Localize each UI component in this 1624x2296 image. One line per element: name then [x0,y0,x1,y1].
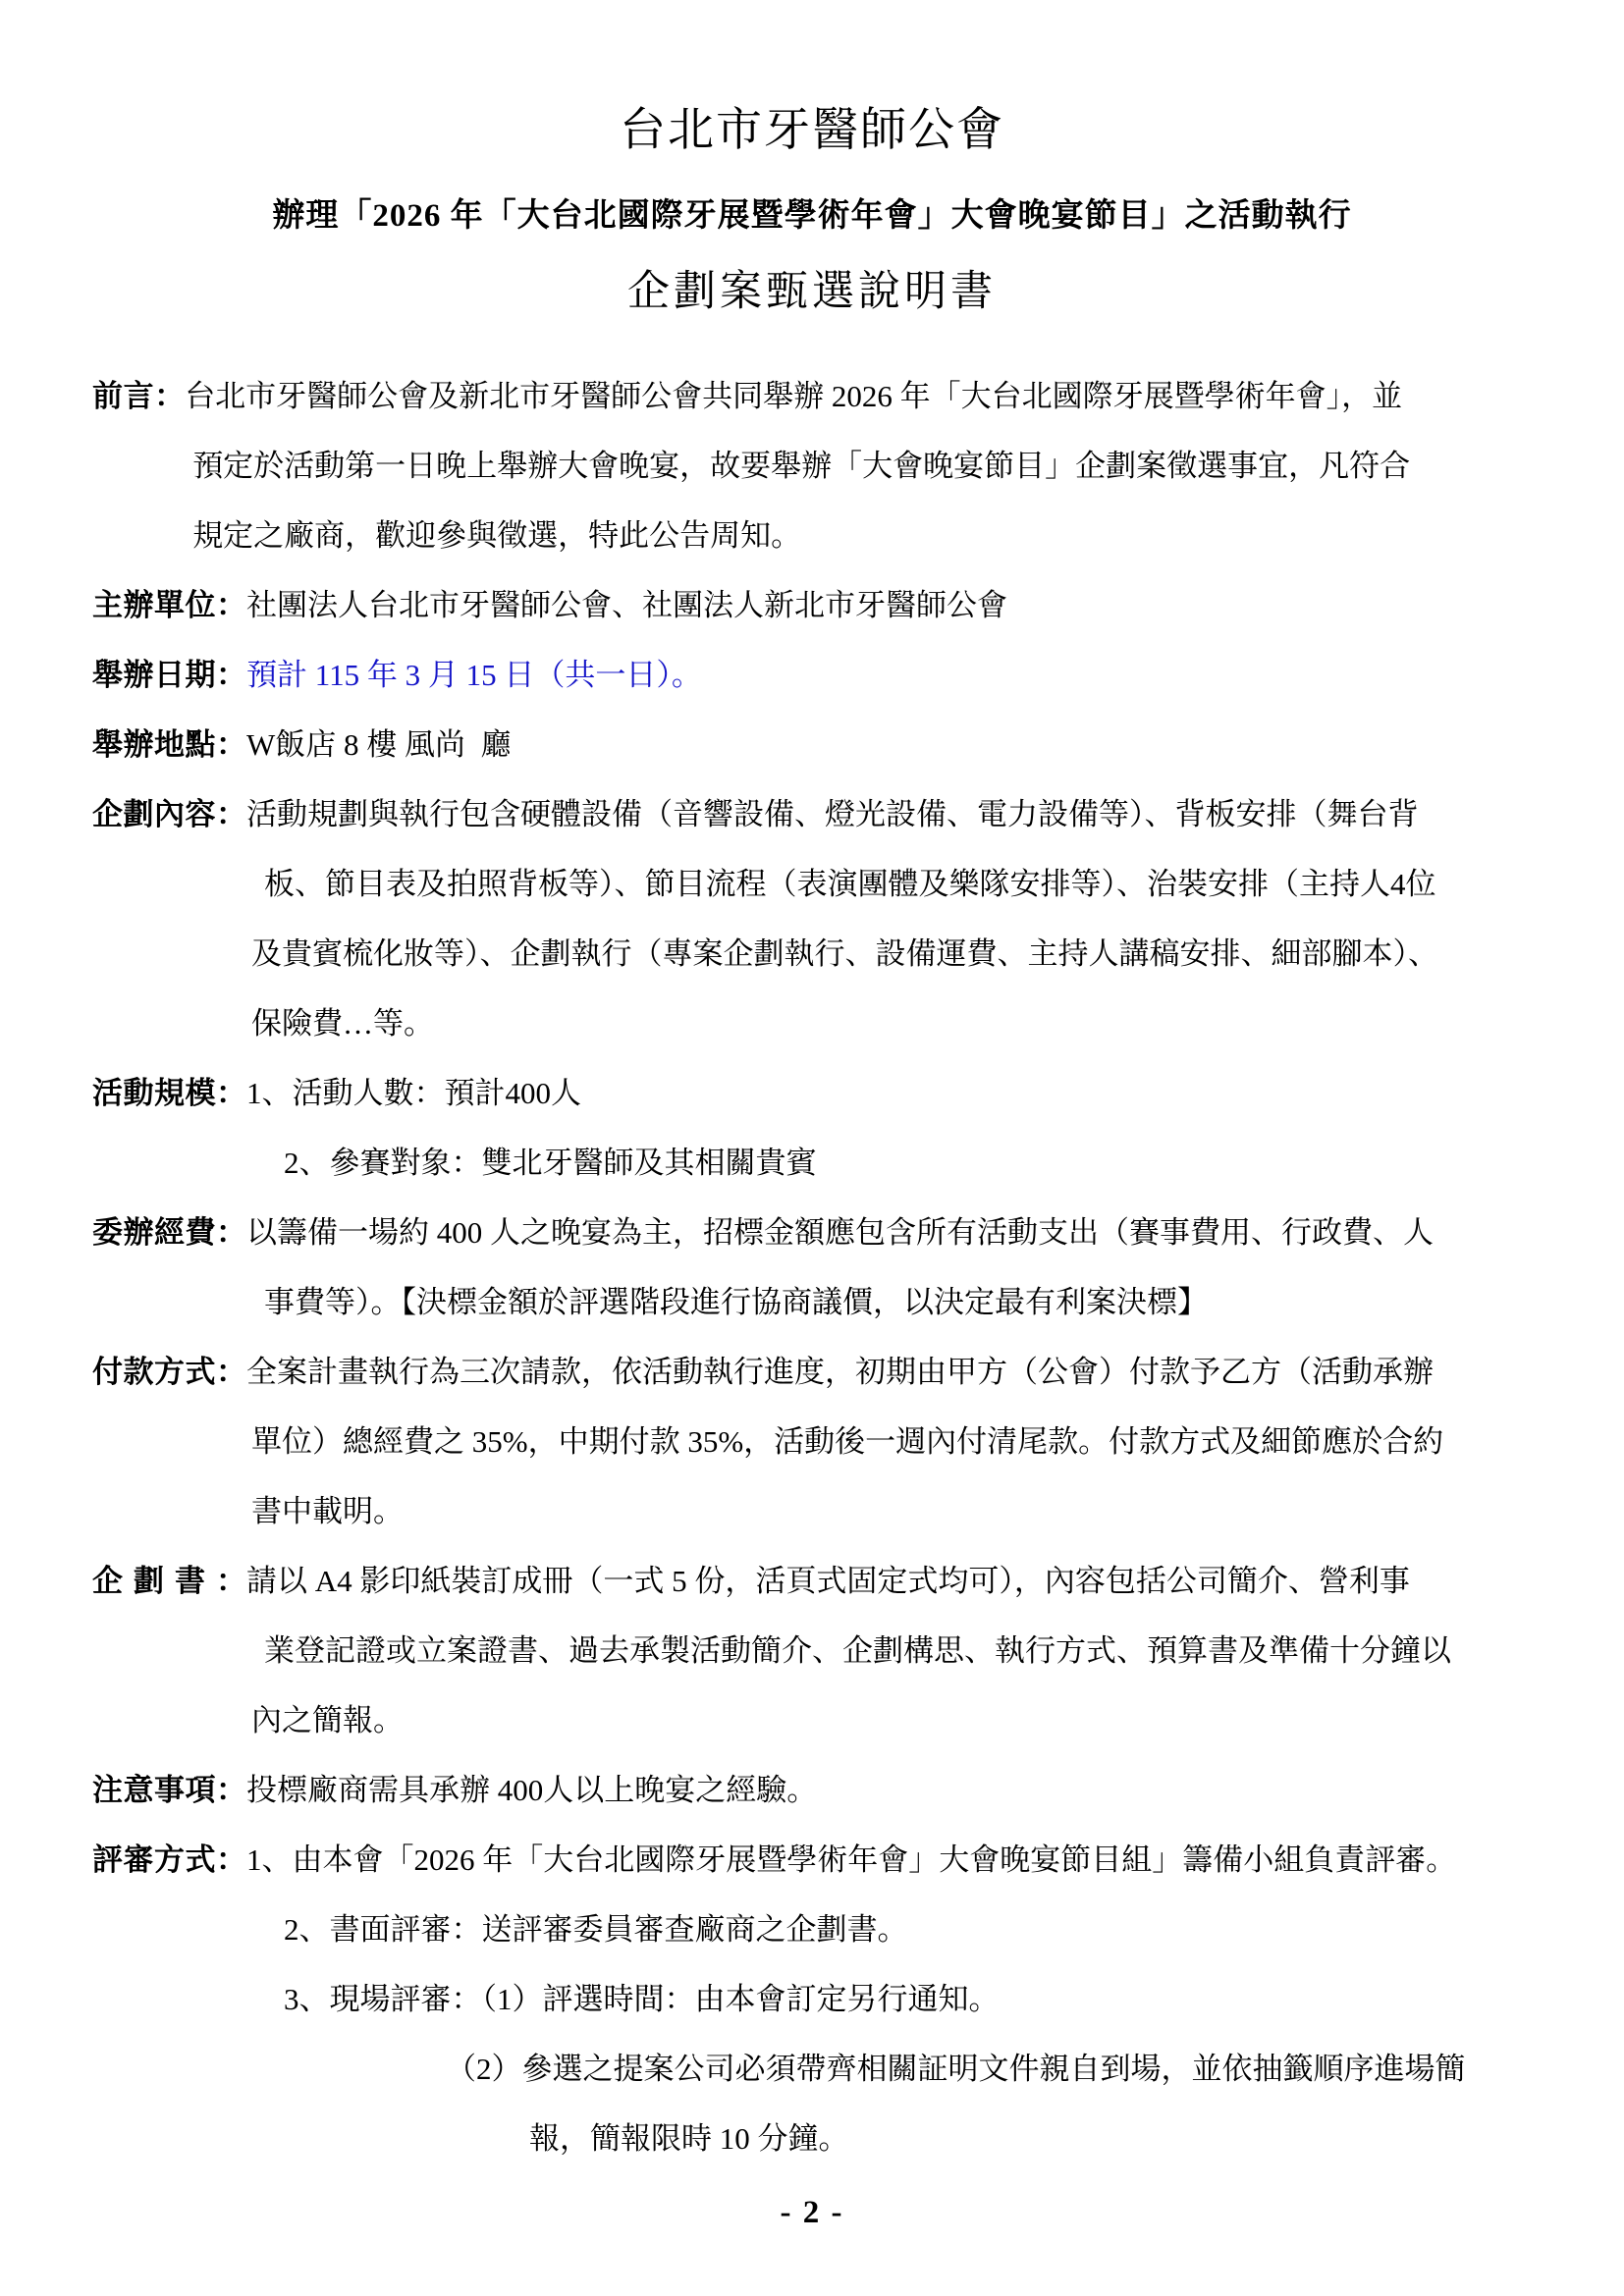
section-line: 預計 115 年 3 月 15 日（共一日）。 [92,640,1532,710]
section-label-proposal-book: 企劃書： [92,1546,246,1616]
section-line: 社團法人台北市牙醫師公會、社團法人新北市牙醫師公會 [92,570,1532,640]
document-title: 台北市牙醫師公會 [92,104,1532,157]
section-line: 2、書面評審：送評審委員審查廠商之企劃書。 [92,1895,1532,1964]
section-proposal-book: 企劃書：請以 A4 影印紙裝訂成冊（一式 5 份，活頁式固定式均可），內容包括公… [92,1546,1532,1755]
section-line: 1、由本會「2026 年「大台北國際牙展暨學術年會」大會晚宴節目組」籌備小組負責… [92,1825,1532,1895]
section-label-event-venue: 舉辦地點： [92,710,246,779]
section-line: 活動規劃與執行包含硬體設備（音響設備、燈光設備、電力設備等）、背板安排（舞台背 [92,779,1532,849]
section-line: 保險費…等。 [92,988,1532,1058]
section-label-payment-method: 付款方式： [92,1337,246,1407]
section-event-scale: 活動規模：1、活動人數：預計400人2、參賽對象：雙北牙醫師及其相關貴賓 [92,1058,1532,1198]
section-commissioned-budget: 委辦經費：以籌備一場約 400 人之晚宴為主，招標金額應包含所有活動支出（賽事費… [92,1198,1532,1337]
section-line: 預定於活動第一日晚上舉辦大會晚宴，故要舉辦「大會晚宴節目」企劃案徵選事宜，凡符合 [92,431,1532,501]
section-line: 規定之廠商，歡迎參與徵選，特此公告周知。 [92,501,1532,570]
section-line: （2）參選之提案公司必須帶齊相關証明文件親自到場，並依抽籤順序進場簡 [92,2034,1532,2104]
section-line: 板、節目表及拍照背板等）、節目流程（表演團體及樂隊安排等）、治裝安排（主持人4位 [92,849,1532,919]
section-review-method: 評審方式：1、由本會「2026 年「大台北國際牙展暨學術年會」大會晚宴節目組」籌… [92,1825,1532,2173]
document-body: 前言：台北市牙醫師公會及新北市牙醫師公會共同舉辦 2026 年「大台北國際牙展暨… [92,361,1532,2173]
section-plan-content: 企劃內容：活動規劃與執行包含硬體設備（音響設備、燈光設備、電力設備等）、背板安排… [92,779,1532,1058]
section-label-commissioned-budget: 委辦經費： [92,1198,246,1267]
section-line: 請以 A4 影印紙裝訂成冊（一式 5 份，活頁式固定式均可），內容包括公司簡介、… [92,1546,1532,1616]
document-page: 台北市牙醫師公會 辦理「2026 年「大台北國際牙展暨學術年會」大會晚宴節目」之… [0,0,1624,2296]
section-event-venue: 舉辦地點：W飯店 8 樓 風尚 廳 [92,710,1532,779]
section-line: 內之簡報。 [92,1685,1532,1755]
section-line: 報，簡報限時 10 分鐘。 [92,2104,1532,2173]
section-label-event-date: 舉辦日期： [92,640,246,710]
section-line: 台北市牙醫師公會及新北市牙醫師公會共同舉辦 2026 年「大台北國際牙展暨學術年… [92,361,1532,431]
section-label-notes: 注意事項： [92,1755,246,1825]
section-line: 以籌備一場約 400 人之晚宴為主，招標金額應包含所有活動支出（賽事費用、行政費… [92,1198,1532,1267]
document-header: 台北市牙醫師公會 辦理「2026 年「大台北國際牙展暨學術年會」大會晚宴節目」之… [92,0,1532,316]
section-line: 事費等）。【決標金額於評選階段進行協商議價，以決定最有利案決標】 [92,1267,1532,1337]
section-label-plan-content: 企劃內容： [92,779,246,849]
section-line: 投標廠商需具承辦 400人以上晚宴之經驗。 [92,1755,1532,1825]
section-line: 全案計畫執行為三次請款，依活動執行進度，初期由甲方（公會）付款予乙方（活動承辦 [92,1337,1532,1407]
section-label-review-method: 評審方式： [92,1825,246,1895]
section-line: 書中載明。 [92,1476,1532,1546]
section-organizer: 主辦單位：社團法人台北市牙醫師公會、社團法人新北市牙醫師公會 [92,570,1532,640]
section-label-preface: 前言： [92,361,185,431]
section-label-organizer: 主辦單位： [92,570,246,640]
section-line: W飯店 8 樓 風尚 廳 [92,710,1532,779]
section-line: 2、參賽對象：雙北牙醫師及其相關貴賓 [92,1128,1532,1198]
section-notes: 注意事項：投標廠商需具承辦 400人以上晚宴之經驗。 [92,1755,1532,1825]
document-subtitle: 辦理「2026 年「大台北國際牙展暨學術年會」大會晚宴節目」之活動執行 [92,196,1532,236]
section-preface: 前言：台北市牙醫師公會及新北市牙醫師公會共同舉辦 2026 年「大台北國際牙展暨… [92,361,1532,570]
section-event-date: 舉辦日期：預計 115 年 3 月 15 日（共一日）。 [92,640,1532,710]
section-label-event-scale: 活動規模： [92,1058,246,1128]
document-title-line3: 企劃案甄選說明書 [92,269,1532,316]
section-line: 業登記證或立案證書、過去承製活動簡介、企劃構思、執行方式、預算書及準備十分鐘以 [92,1616,1532,1685]
section-payment-method: 付款方式：全案計畫執行為三次請款，依活動執行進度，初期由甲方（公會）付款予乙方（… [92,1337,1532,1546]
section-line: 單位）總經費之 35%，中期付款 35%，活動後一週內付清尾款。付款方式及細節應… [92,1407,1532,1476]
section-line: 及貴賓梳化妝等）、企劃執行（專案企劃執行、設備運費、主持人講稿安排、細部腳本）、 [92,919,1532,988]
page-number: - 2 - [92,2193,1532,2232]
section-line: 1、活動人數：預計400人 [92,1058,1532,1128]
section-line: 3、現場評審：（1）評選時間：由本會訂定另行通知。 [92,1964,1532,2034]
